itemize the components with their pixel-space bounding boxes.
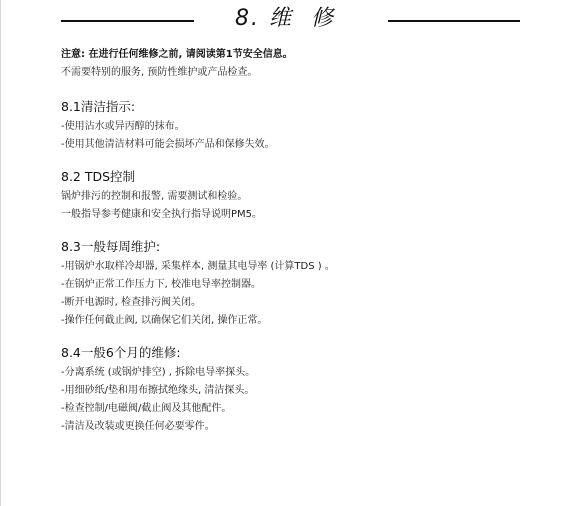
list-item: -在锅炉正常工作压力下, 校准电导率控制器。 — [61, 276, 541, 294]
document-page: 8. 维 修 注意: 在进行任何维修之前, 请阅读第1节安全信息。 不需要特别的… — [0, 0, 577, 506]
document-body: 注意: 在进行任何维修之前, 请阅读第1节安全信息。 不需要特别的服务, 预防性… — [61, 46, 541, 436]
section-heading: 8.1清洁指示: — [61, 98, 541, 116]
section-heading: 8.3一般每周维护: — [61, 238, 541, 256]
section-tds-control: 8.2 TDS控制 锅炉排污的控制和报警, 需要测试和检验。 一般指导参考健康和… — [61, 168, 541, 224]
service-note: 不需要特别的服务, 预防性维护或产品检查。 — [61, 64, 541, 82]
list-item: 锅炉排污的控制和报警, 需要测试和检验。 — [61, 188, 541, 206]
title-rule-right — [388, 20, 520, 22]
list-item: -清洁及改装或更换任何必要零件。 — [61, 418, 541, 436]
list-item: -用锅炉水取样冷却器, 采集样本, 测量其电导率 (计算TDS ) 。 — [61, 258, 541, 276]
title-rule-left — [61, 20, 194, 22]
list-item: -检查控制/电磁阀/截止阀及其他配件。 — [61, 400, 541, 418]
section-heading: 8.4一般6个月的维修: — [61, 344, 541, 362]
list-item: -操作任何截止阀, 以确保它们关闭, 操作正常。 — [61, 312, 541, 330]
section-heading: 8.2 TDS控制 — [61, 168, 541, 186]
list-item: -使用沾水或异丙醇的抹布。 — [61, 118, 541, 136]
chapter-header: 8. 维 修 — [1, 4, 577, 34]
section-six-month-maintenance: 8.4一般6个月的维修: -分离系统 (或锅炉排空) , 拆除电导率探头。 -用… — [61, 344, 541, 436]
section-cleaning: 8.1清洁指示: -使用沾水或异丙醇的抹布。 -使用其他清洁材料可能会损坏产品和… — [61, 98, 541, 154]
list-item: 一般指导参考健康和安全执行指导说明PM5。 — [61, 206, 541, 224]
list-item: -分离系统 (或锅炉排空) , 拆除电导率探头。 — [61, 364, 541, 382]
section-weekly-maintenance: 8.3一般每周维护: -用锅炉水取样冷却器, 采集样本, 测量其电导率 (计算T… — [61, 238, 541, 330]
list-item: -断开电源时, 检查排污阀关闭。 — [61, 294, 541, 312]
safety-notice: 注意: 在进行任何维修之前, 请阅读第1节安全信息。 — [61, 46, 541, 64]
chapter-title: 8. 维 修 — [235, 4, 335, 34]
list-item: -用细砂纸/垫和用布擦拭绝缘头, 清洁探头。 — [61, 382, 541, 400]
list-item: -使用其他清洁材料可能会损坏产品和保修失效。 — [61, 136, 541, 154]
